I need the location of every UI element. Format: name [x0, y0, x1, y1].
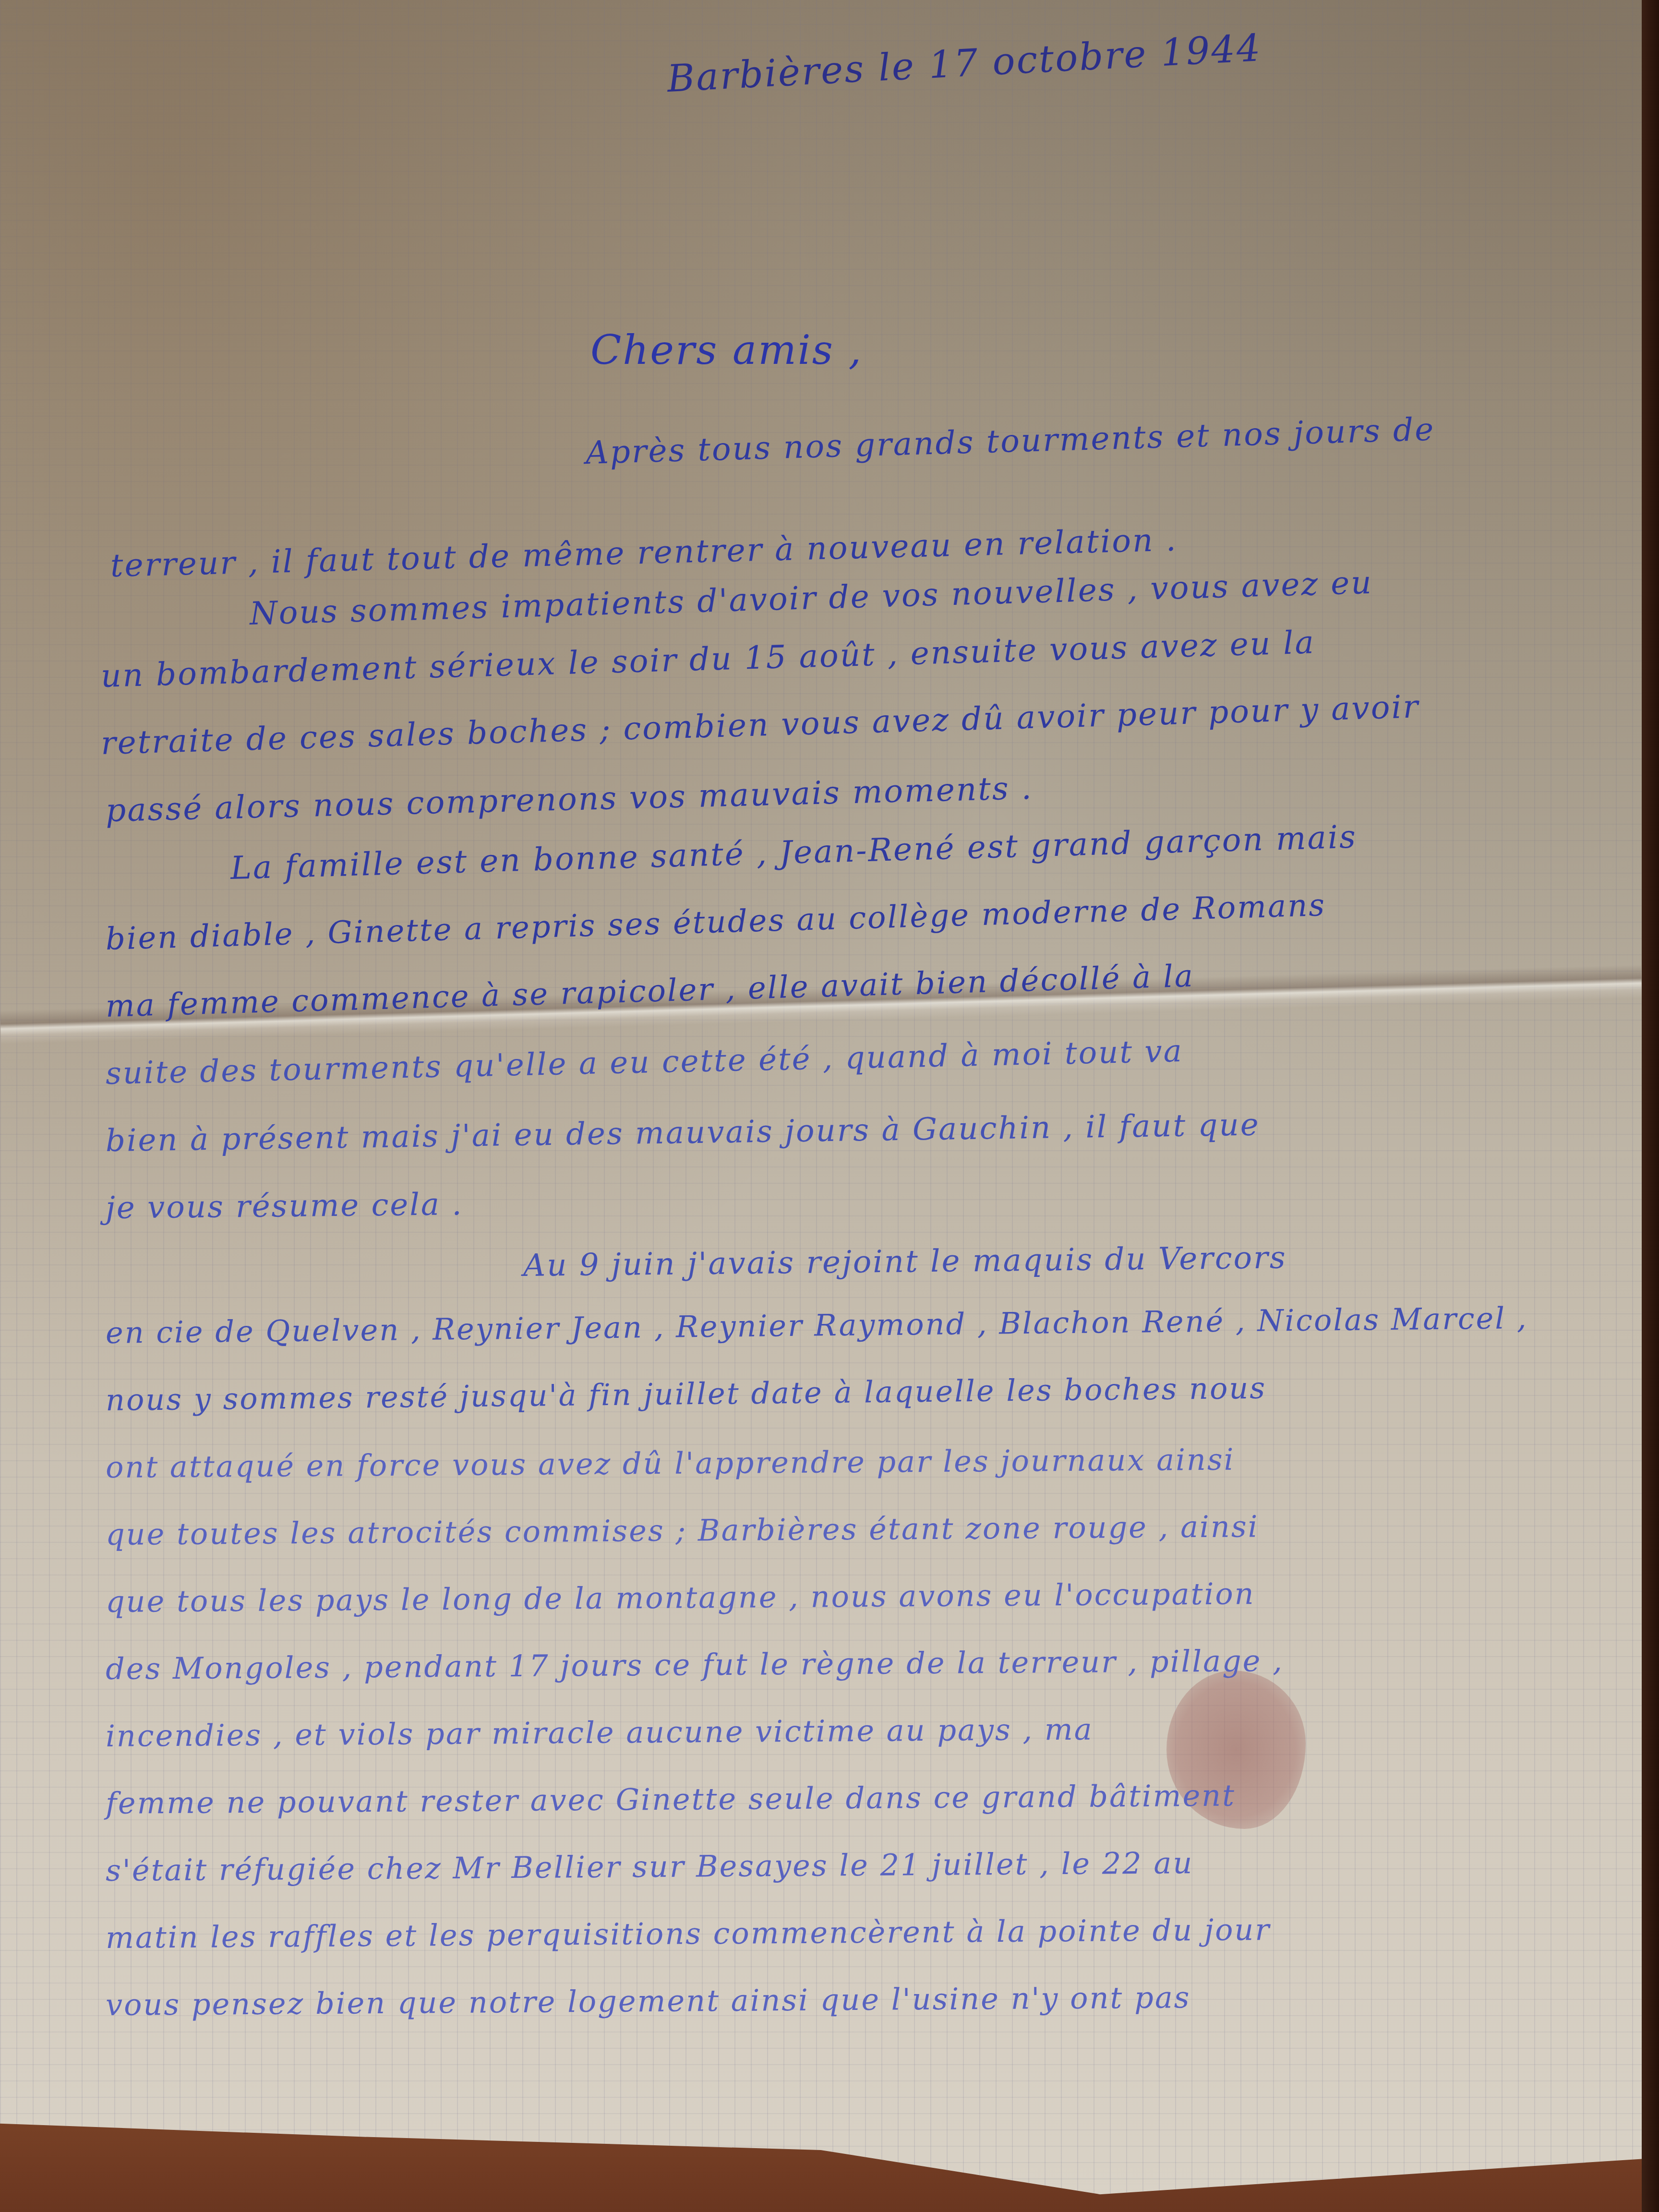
letter-sheet: Barbières le 17 octobre 1944 Chers amis … [0, 0, 1642, 2212]
letter-line: des Mongoles , pendant 17 jours ce fut l… [106, 1643, 1284, 1686]
letter-line: retraite de ces sales boches ; combien v… [100, 688, 1420, 762]
letter-line: s'était réfugiée chez Mr Bellier sur Bes… [106, 1845, 1194, 1888]
letter-line: femme ne pouvant rester avec Ginette seu… [106, 1778, 1236, 1821]
letter-line: La famille est en bonne santé , Jean-Ren… [230, 818, 1358, 887]
letter-line: passé alors nous comprenons vos mauvais … [105, 769, 1033, 829]
letter-line: en cie de Quelven , Reynier Jean , Reyni… [106, 1300, 1528, 1350]
letter-line: incendies , et viols par miracle aucune … [106, 1712, 1094, 1754]
letter-line: Au 9 juin j'avais rejoint le maquis du V… [523, 1240, 1287, 1284]
letter-line: je vous résume cela . [106, 1187, 463, 1226]
letter-line: un bombardement sérieux le soir du 15 ao… [100, 624, 1316, 695]
place-date: Barbières le 17 octobre 1944 [666, 26, 1263, 101]
letter-line: bien diable , Ginette a repris ses étude… [105, 888, 1326, 957]
letter-line: suite des tourments qu'elle a eu cette é… [105, 1034, 1183, 1092]
letter-line: matin les raffles et les perquisitions c… [106, 1912, 1271, 1955]
letter-line: nous y sommes resté jusqu'à fin juillet … [106, 1370, 1267, 1418]
table-edge-right [1642, 0, 1659, 2212]
salutation: Chers amis , [590, 326, 863, 373]
letter-line: que toutes les atrocités commises ; Barb… [106, 1509, 1259, 1552]
letter-line: bien à présent mais j'ai eu des mauvais … [105, 1107, 1260, 1159]
letter-line: vous pensez bien que notre logement ains… [106, 1980, 1191, 2022]
letter-line: que tous les pays le long de la montagne… [106, 1576, 1255, 1619]
letter-line: Après tous nos grands tourments et nos j… [585, 411, 1435, 471]
letter-line: ont attaqué en force vous avez dû l'appr… [106, 1442, 1235, 1485]
